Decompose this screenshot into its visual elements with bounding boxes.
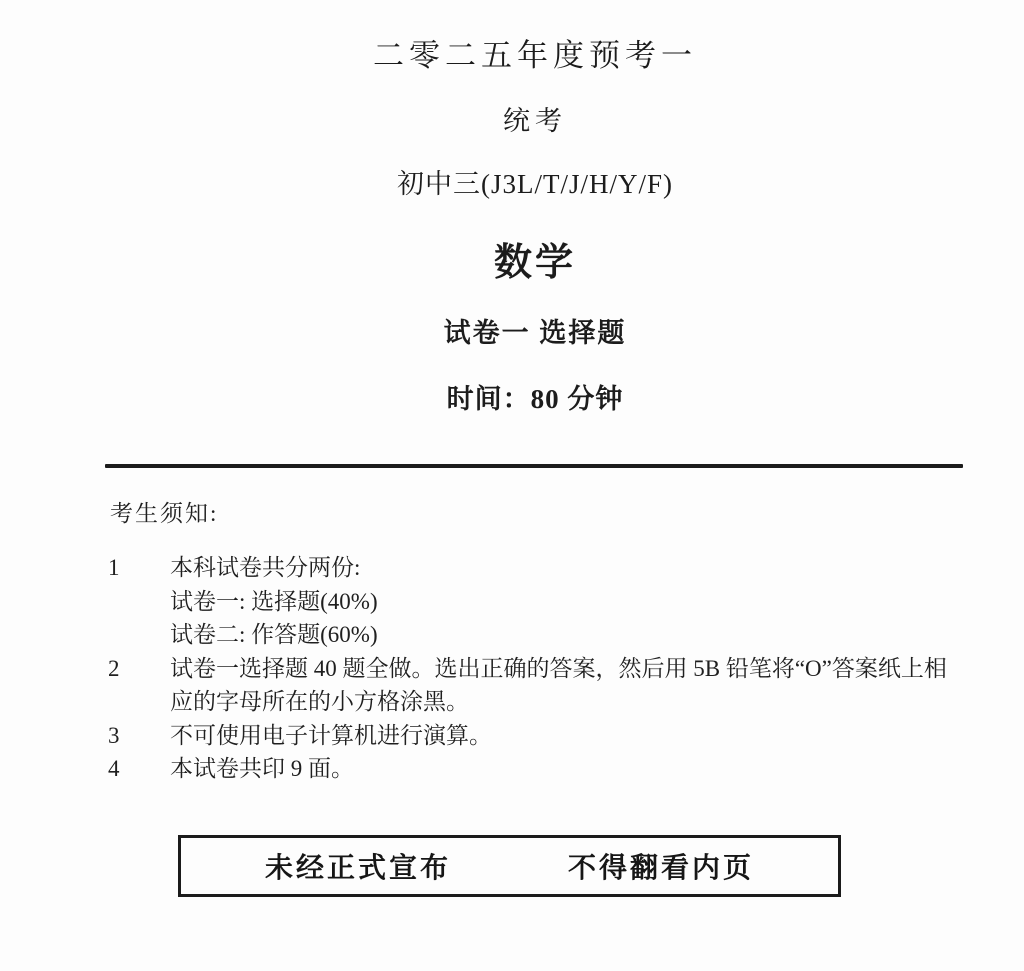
notice-list: 1 本科试卷共分两份: 试卷一: 选择题(40%) 试卷二: 作答题(60%) … [108,551,970,786]
notice-item-4: 4 本试卷共印 9 面。 [108,752,970,786]
exam-type-title: 统考 [0,99,1024,138]
item-line: 本试卷共印 9 面。 [170,752,966,786]
item-line: 本科试卷共分两份: [170,551,966,585]
duration-line: 时间：80 分钟 [0,377,1024,416]
item-number: 2 [108,652,170,686]
grade-line: 初中三(J3L/T/J/H/Y/F) [0,162,1024,201]
item-text: 本科试卷共分两份: 试卷一: 选择题(40%) 试卷二: 作答题(60%) [170,551,966,652]
notice-item-1: 1 本科试卷共分两份: 试卷一: 选择题(40%) 试卷二: 作答题(60%) [108,551,970,652]
paper-title: 试卷一 选择题 [0,311,1024,350]
item-line: 试卷一: 选择题(40%) [170,585,966,619]
warning-left-text: 未经正式宣布 [265,846,451,886]
item-line: 不可使用电子计算机进行演算。 [170,719,966,753]
notice-item-3: 3 不可使用电子计算机进行演算。 [108,719,970,753]
warning-box: 未经正式宣布 不得翻看内页 [178,835,841,897]
item-text: 不可使用电子计算机进行演算。 [170,719,966,753]
item-text: 本试卷共印 9 面。 [170,752,966,786]
item-number: 4 [108,752,170,786]
item-number: 1 [108,551,170,585]
item-line: 试卷一选择题 40 题全做。选出正确的答案，然后用 5B 铅笔将“O”答案纸上相… [170,652,966,719]
item-number: 3 [108,719,170,753]
notice-item-2: 2 试卷一选择题 40 题全做。选出正确的答案，然后用 5B 铅笔将“O”答案纸… [108,652,970,719]
item-line: 试卷二: 作答题(60%) [170,618,966,652]
exam-cover-page: 二零二五年度预考一 统考 初中三(J3L/T/J/H/Y/F) 数学 试卷一 选… [0,0,1024,971]
item-text: 试卷一选择题 40 题全做。选出正确的答案，然后用 5B 铅笔将“O”答案纸上相… [170,652,966,719]
exam-session-title: 二零二五年度预考一 [0,30,1024,75]
notice-heading: 考生须知: [110,495,218,528]
subject-title: 数学 [0,231,1024,286]
warning-right-text: 不得翻看内页 [568,846,754,886]
section-divider [105,464,963,468]
